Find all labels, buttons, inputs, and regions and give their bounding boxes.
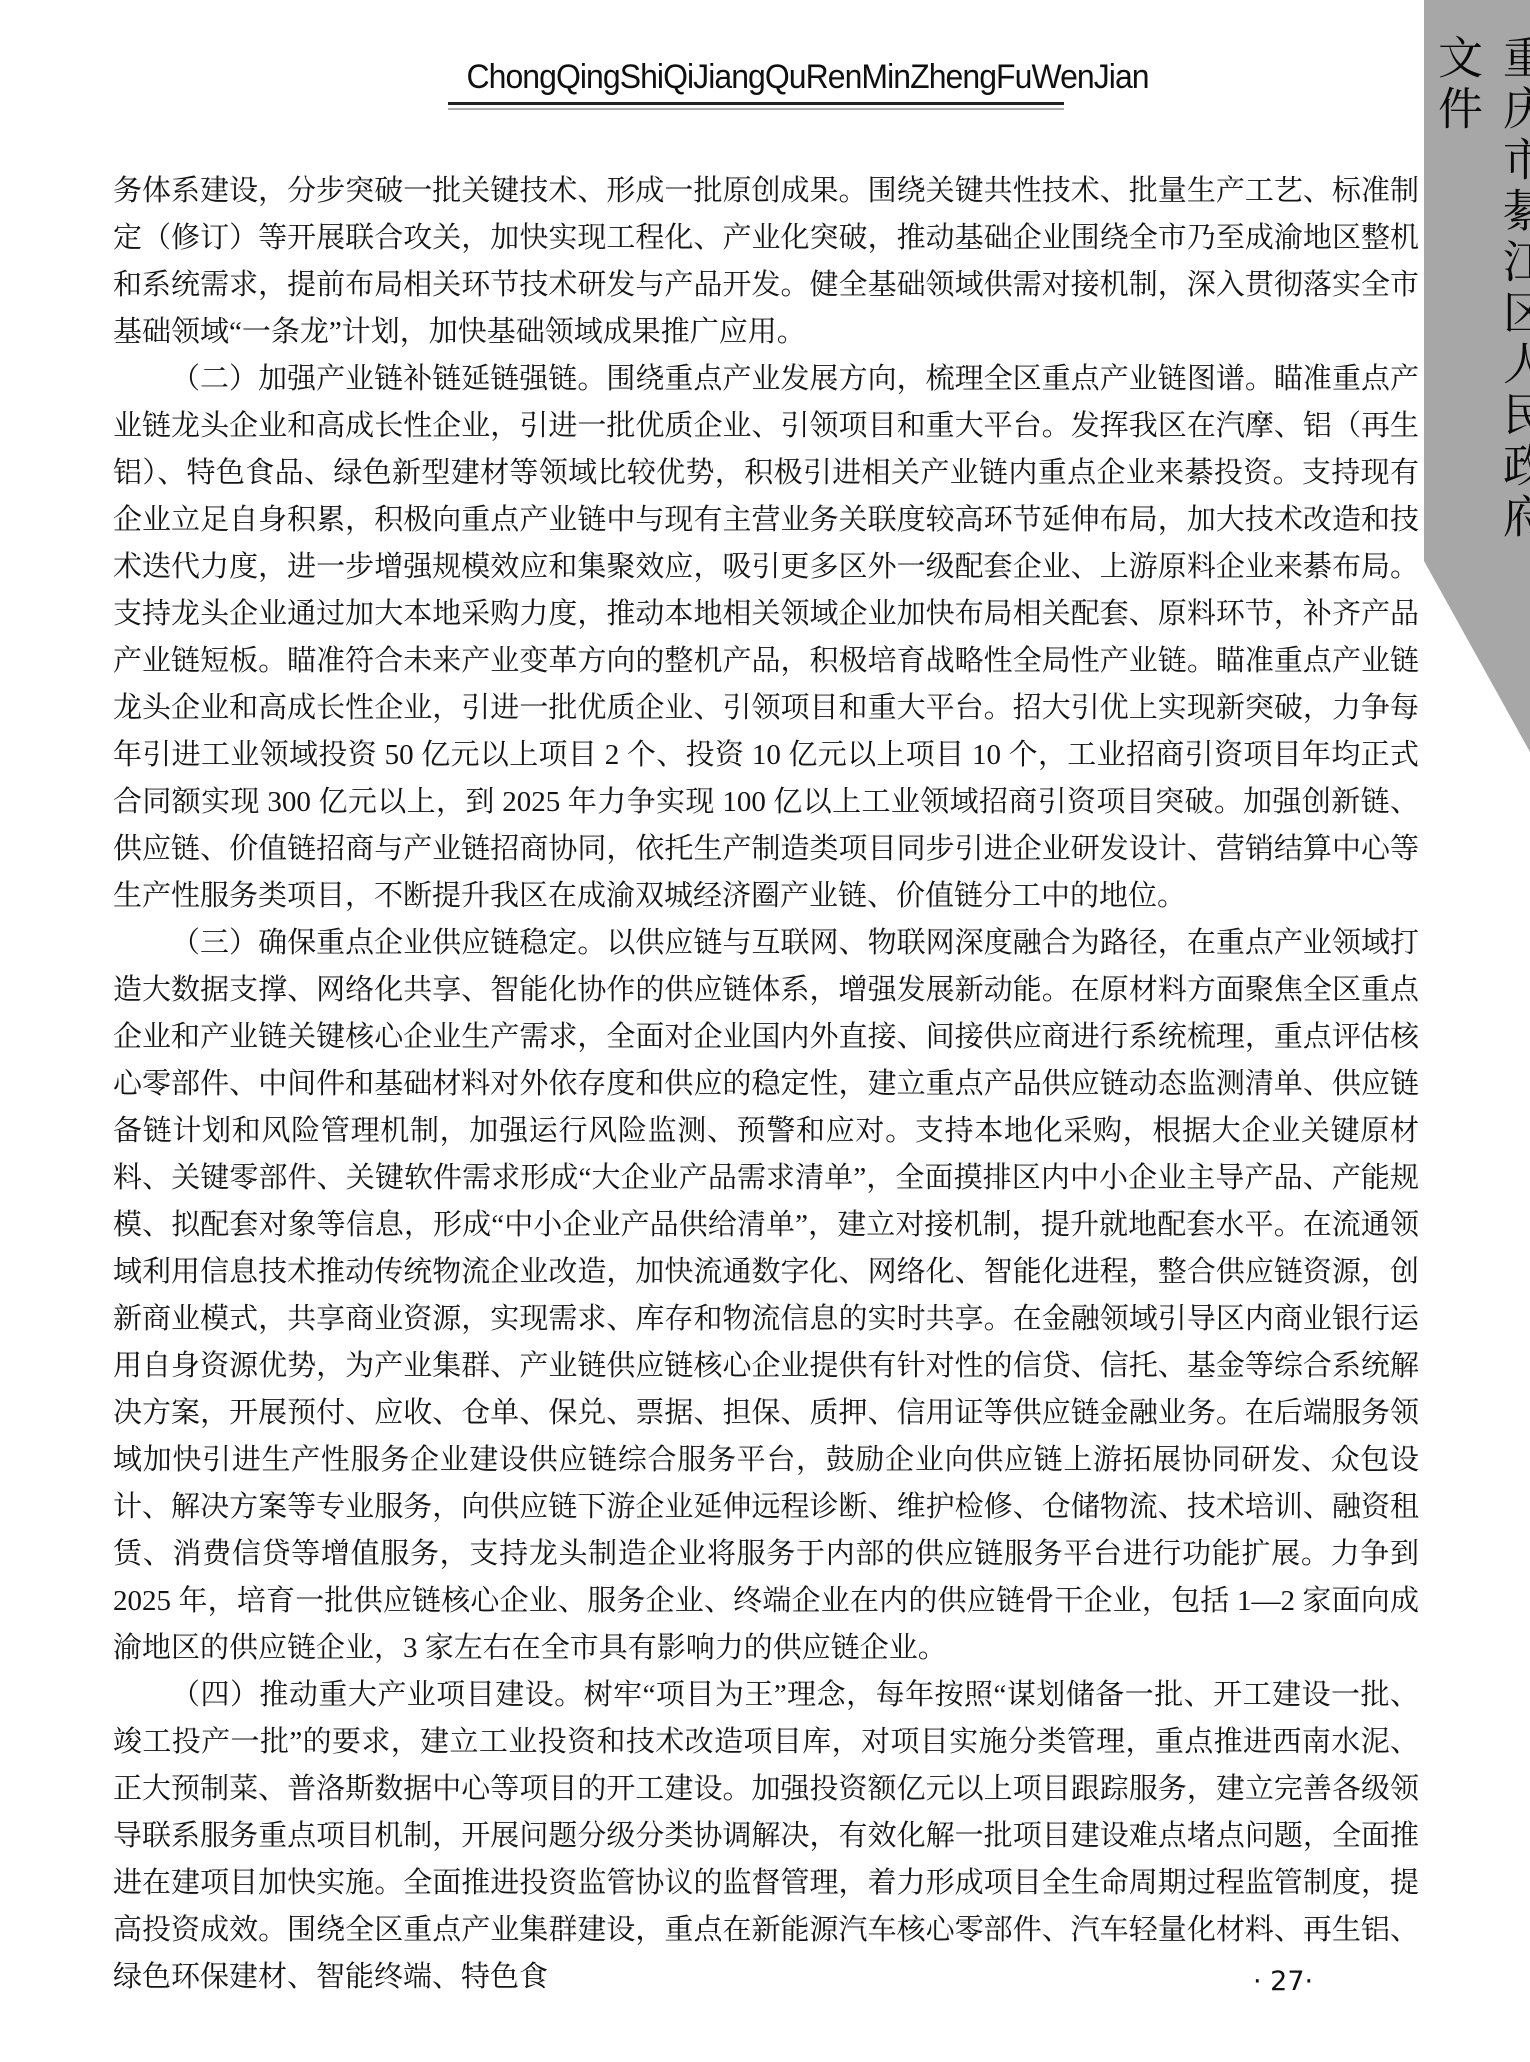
paragraph: 务体系建设，分步突破一批关键技术、形成一批原创成果。围绕关键共性技术、批量生产工…	[113, 168, 1419, 356]
page-header: ChongQingShiQiJiangQuRenMinZhengFuWenJia…	[448, 58, 1064, 110]
paragraph: （二）加强产业链补链延链强链。围绕重点产业发展方向，梳理全区重点产业链图谱。瞄准…	[113, 356, 1419, 920]
side-ribbon-banner: 重庆市綦江区人民政府文件	[1424, 0, 1530, 752]
side-ribbon-title: 重庆市綦江区人民政府文件	[1424, 34, 1530, 564]
paragraph: （三）确保重点企业供应链稳定。以供应链与互联网、物联网深度融合为路径，在重点产业…	[113, 920, 1419, 1672]
paragraph: （四）推动重大产业项目建设。树牢“项目为王”理念，每年按照“谋划储备一批、开工建…	[113, 1672, 1419, 2001]
document-body: 务体系建设，分步突破一批关键技术、形成一批原创成果。围绕关键共性技术、批量生产工…	[113, 168, 1419, 2001]
header-running-title: ChongQingShiQiJiangQuRenMinZhengFuWenJia…	[466, 58, 1045, 97]
page-number: · 27·	[1253, 1966, 1313, 1997]
header-divider-rule	[448, 102, 1064, 110]
